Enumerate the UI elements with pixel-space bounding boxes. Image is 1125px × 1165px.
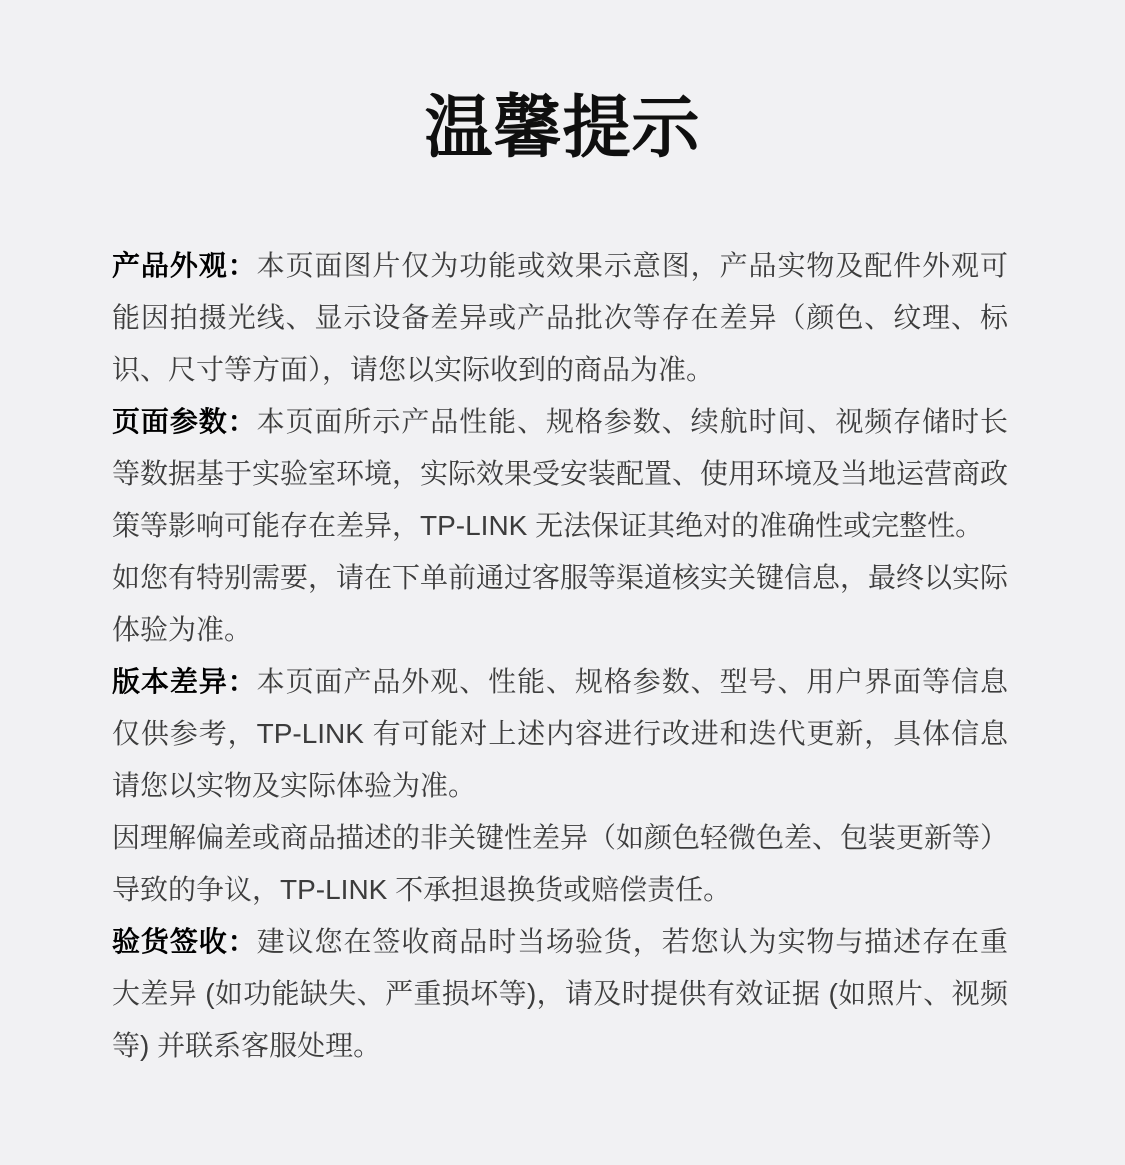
paragraph-label: 页面参数： [112,406,257,437]
paragraph-text: 如您有特别需要，请在下单前通过客服等渠道核实关键信息，最终以实际体验为准。 [112,562,1008,645]
notice-paragraph-inspection: 验货签收：建议您在签收商品时当场验货，若您认为实物与描述存在重大差异 (如功能缺… [112,916,1008,1072]
notice-paragraph-special-needs: 如您有特别需要，请在下单前通过客服等渠道核实关键信息，最终以实际体验为准。 [112,552,1008,656]
notice-paragraph-dispute: 因理解偏差或商品描述的非关键性差异（如颜色轻微色差、包装更新等）导致的争议，TP… [112,812,1008,916]
notice-paragraph-product-appearance: 产品外观：本页面图片仅为功能或效果示意图，产品实物及配件外观可能因拍摄光线、显示… [112,240,1008,396]
paragraph-label: 产品外观： [112,250,257,281]
paragraph-label: 版本差异： [112,666,257,697]
notice-paragraph-version-difference: 版本差异：本页面产品外观、性能、规格参数、型号、用户界面等信息仅供参考，TP-L… [112,656,1008,812]
notice-paragraph-page-parameters: 页面参数：本页面所示产品性能、规格参数、续航时间、视频存储时长等数据基于实验室环… [112,396,1008,552]
notice-content: 产品外观：本页面图片仅为功能或效果示意图，产品实物及配件外观可能因拍摄光线、显示… [112,240,1008,1072]
page-title: 温馨提示 [0,94,1125,162]
paragraph-text: 因理解偏差或商品描述的非关键性差异（如颜色轻微色差、包装更新等）导致的争议，TP… [112,822,1008,905]
notice-panel: 温馨提示 产品外观：本页面图片仅为功能或效果示意图，产品实物及配件外观可能因拍摄… [0,0,1125,1165]
paragraph-label: 验货签收： [112,926,257,957]
